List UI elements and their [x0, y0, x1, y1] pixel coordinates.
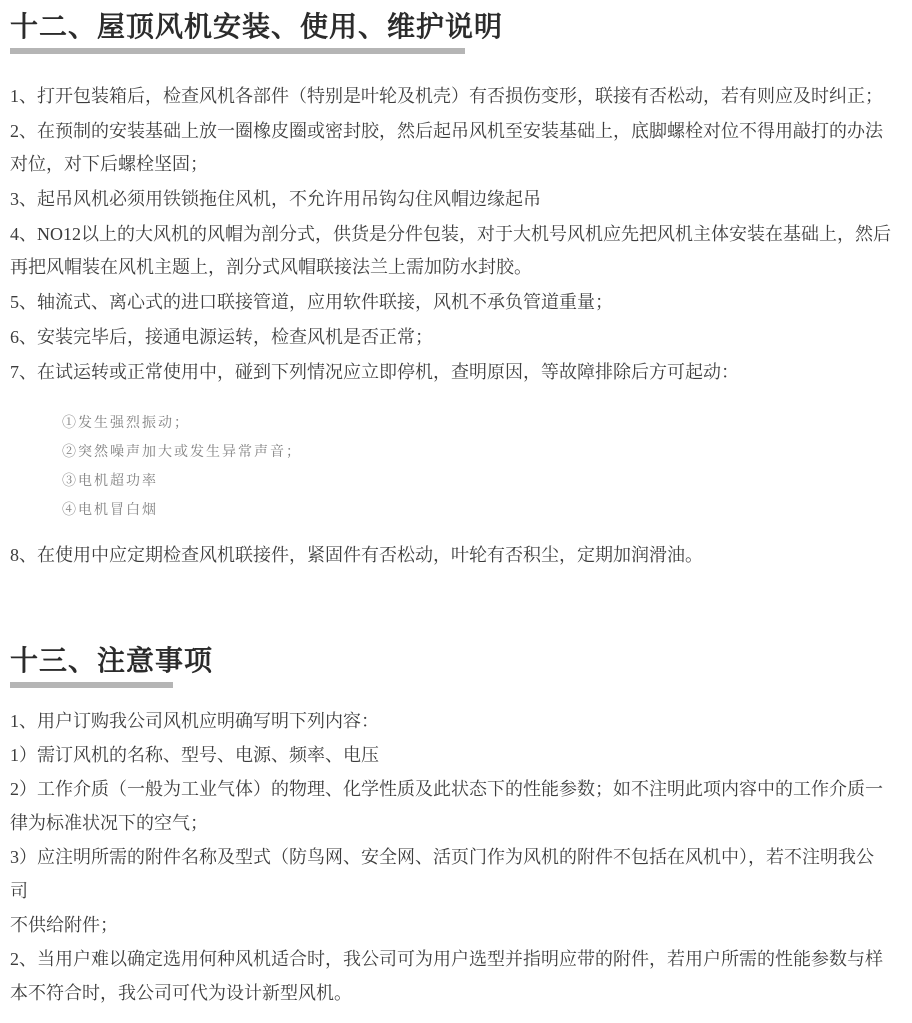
- item-line: 1、打开包装箱后，检查风机各部件（特别是叶轮及机壳）有否损伤变形，联接有否松动，…: [10, 80, 906, 113]
- item-line: 5、轴流式、离心式的进口联接管道，应用软件联接，风机不承负管道重量；: [10, 286, 906, 319]
- section-notes-heading: 十三、注意事项: [10, 644, 906, 680]
- fault-condition-item: ②突然噪声加大或发生异常声音；: [62, 438, 906, 467]
- item-line: 1、用户订购我公司风机应明确写明下列内容：: [10, 704, 906, 738]
- item-line: 再把风帽装在风机主题上，剖分式风帽联接法兰上需加防水封胶。: [10, 251, 906, 284]
- item-line: 本不符合时，我公司可代为设计新型风机。: [10, 976, 906, 1010]
- item-line: 2、当用户难以确定选用何种风机适合时，我公司可为用户选型并指明应带的附件，若用户…: [10, 942, 906, 976]
- item-line: 1）需订风机的名称、型号、电源、频率、电压: [10, 738, 906, 772]
- sub-item-1: 1）需订风机的名称、型号、电源、频率、电压: [10, 738, 906, 772]
- sub-item-2: 2）工作介质（一般为工业气体）的物理、化学性质及此状态下的性能参数；如不注明此项…: [10, 772, 906, 840]
- numbered-item-3: 3、起吊风机必须用铁锁拖住风机，不允许用吊钩勾住风帽边缘起吊: [10, 183, 906, 216]
- item-line: 7、在试运转或正常使用中，碰到下列情况应立即停机，查明原因，等故障排除后方可起动…: [10, 356, 906, 389]
- item-line: 6、安装完毕后，接通电源运转，检查风机是否正常；: [10, 321, 906, 354]
- numbered-item-2: 2、在预制的安装基础上放一圈橡皮圈或密封胶，然后起吊风机至安装基础上，底脚螺栓对…: [10, 115, 906, 181]
- document-page: 十二、屋顶风机安装、使用、维护说明 1、打开包装箱后，检查风机各部件（特别是叶轮…: [0, 0, 912, 1023]
- item-line: 律为标准状况下的空气；: [10, 806, 906, 840]
- sub-item-3: 3）应注明所需的附件名称及型式（防鸟网、安全网、活页门作为风机的附件不包括在风机…: [10, 840, 906, 908]
- item-line: 司: [10, 874, 906, 908]
- numbered-item-8: 8、在使用中应定期检查风机联接件，紧固件有否松动，叶轮有否积尘，定期加润滑油。: [10, 539, 906, 572]
- heading-underline: [10, 682, 173, 688]
- item-line: 8、在使用中应定期检查风机联接件，紧固件有否松动，叶轮有否积尘，定期加润滑油。: [10, 539, 906, 572]
- numbered-item-1: 1、打开包装箱后，检查风机各部件（特别是叶轮及机壳）有否损伤变形，联接有否松动，…: [10, 80, 906, 113]
- installation-list: 1、打开包装箱后，检查风机各部件（特别是叶轮及机壳）有否损伤变形，联接有否松动，…: [10, 80, 906, 572]
- heading-underline: [10, 48, 465, 54]
- numbered-item-2: 2、当用户难以确定选用何种风机适合时，我公司可为用户选型并指明应带的附件，若用户…: [10, 942, 906, 1010]
- numbered-item-4: 4、NO12以上的大风机的风帽为剖分式，供货是分件包装，对于大机号风机应先把风机…: [10, 218, 906, 284]
- item-line: 3、起吊风机必须用铁锁拖住风机，不允许用吊钩勾住风帽边缘起吊: [10, 183, 906, 216]
- section-notes: 十三、注意事项 1、用户订购我公司风机应明确写明下列内容： 1）需订风机的名称、…: [10, 644, 906, 1010]
- section-installation-heading: 十二、屋顶风机安装、使用、维护说明: [10, 10, 906, 46]
- fault-condition-item: ③电机超功率: [62, 467, 906, 496]
- notes-list: 1、用户订购我公司风机应明确写明下列内容： 1）需订风机的名称、型号、电源、频率…: [10, 704, 906, 1010]
- fault-conditions-list: ①发生强烈振动； ②突然噪声加大或发生异常声音； ③电机超功率 ④电机冒白烟: [10, 409, 906, 525]
- item-line: 对位，对下后螺栓坚固；: [10, 148, 906, 181]
- numbered-item-5: 5、轴流式、离心式的进口联接管道，应用软件联接，风机不承负管道重量；: [10, 286, 906, 319]
- item-line: 4、NO12以上的大风机的风帽为剖分式，供货是分件包装，对于大机号风机应先把风机…: [10, 218, 906, 251]
- item-line: 不供给附件；: [10, 908, 906, 942]
- item-line: 3）应注明所需的附件名称及型式（防鸟网、安全网、活页门作为风机的附件不包括在风机…: [10, 840, 906, 874]
- item-line: 2）工作介质（一般为工业气体）的物理、化学性质及此状态下的性能参数；如不注明此项…: [10, 772, 906, 806]
- item-line: 2、在预制的安装基础上放一圈橡皮圈或密封胶，然后起吊风机至安装基础上，底脚螺栓对…: [10, 115, 906, 148]
- numbered-item-6: 6、安装完毕后，接通电源运转，检查风机是否正常；: [10, 321, 906, 354]
- section-installation: 十二、屋顶风机安装、使用、维护说明 1、打开包装箱后，检查风机各部件（特别是叶轮…: [10, 10, 906, 572]
- fault-condition-item: ④电机冒白烟: [62, 496, 906, 525]
- fault-condition-item: ①发生强烈振动；: [62, 409, 906, 438]
- sub-item-3-continuation: 不供给附件；: [10, 908, 906, 942]
- numbered-item-1: 1、用户订购我公司风机应明确写明下列内容：: [10, 704, 906, 738]
- numbered-item-7: 7、在试运转或正常使用中，碰到下列情况应立即停机，查明原因，等故障排除后方可起动…: [10, 356, 906, 389]
